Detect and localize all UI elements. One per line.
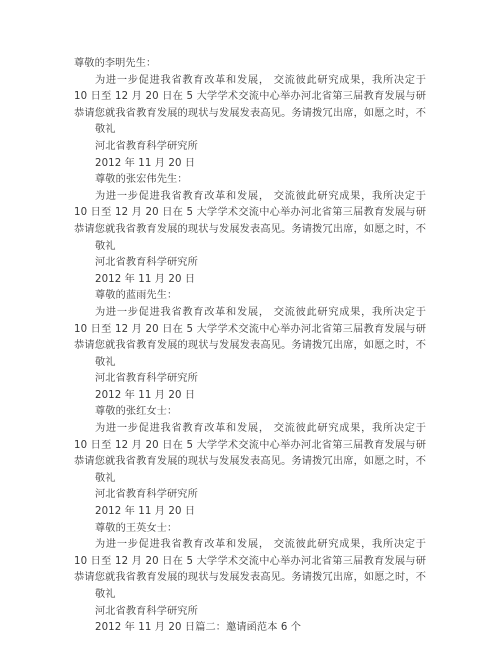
- salutation: 尊敬的张红女士：: [74, 404, 426, 421]
- body-line: 恭请您就我省教育发展的现状与发展发表高见。务请拨冗出席，如愿之时，不胜感谢！ 此…: [74, 106, 426, 123]
- sender: 河北省教育科学研究所: [74, 487, 426, 504]
- body-line: 为进一步促进我省教育改革和发展， 交流彼此研究成果，我所决定于 2012 年 1…: [74, 305, 426, 322]
- body-line: 10 日至 12 月 20 日在 5 大学学术交流中心举办河北省第三届教育发展与…: [74, 438, 426, 455]
- body-line: 10 日至 12 月 20 日在 5 大学学术交流中心举办河北省第三届教育发展与…: [74, 205, 426, 222]
- body-line: 恭请您就我省教育发展的现状与发展发表高见。务请拨冗出席，如愿之时，不胜感谢！ 此…: [74, 454, 426, 471]
- document-body: 尊敬的李明先生： 为进一步促进我省教育改革和发展， 交流彼此研究成果，我所决定于…: [74, 56, 426, 637]
- sender: 河北省教育科学研究所: [74, 371, 426, 388]
- body-line: 10 日至 12 月 20 日在 5 大学学术交流中心举办河北省第三届教育发展与…: [74, 322, 426, 339]
- invitation-letter: 尊敬的蓝雨先生： 为进一步促进我省教育改革和发展， 交流彼此研究成果，我所决定于…: [74, 288, 426, 404]
- body-line: 为进一步促进我省教育改革和发展， 交流彼此研究成果，我所决定于 2012 年 1…: [74, 189, 426, 206]
- date: 2012 年 11 月 20 日篇二：邀请函范本 6 个: [74, 620, 426, 637]
- date: 2012 年 11 月 20 日: [74, 388, 426, 405]
- closing: 敬礼: [74, 355, 426, 372]
- salutation: 尊敬的蓝雨先生：: [74, 288, 426, 305]
- date: 2012 年 11 月 20 日: [74, 272, 426, 289]
- invitation-letter: 尊敬的张宏伟先生： 为进一步促进我省教育改革和发展， 交流彼此研究成果，我所决定…: [74, 172, 426, 288]
- body-line: 10 日至 12 月 20 日在 5 大学学术交流中心举办河北省第三届教育发展与…: [74, 554, 426, 571]
- date: 2012 年 11 月 20 日: [74, 156, 426, 173]
- sender: 河北省教育科学研究所: [74, 255, 426, 272]
- closing: 敬礼: [74, 239, 426, 256]
- closing: 敬礼: [74, 587, 426, 604]
- body-line: 为进一步促进我省教育改革和发展， 交流彼此研究成果，我所决定于 2012 年 1…: [74, 421, 426, 438]
- body-line: 10 日至 12 月 20 日在 5 大学学术交流中心举办河北省第三届教育发展与…: [74, 89, 426, 106]
- date: 2012 年 11 月 20 日: [74, 504, 426, 521]
- invitation-letter: 尊敬的王英女士： 为进一步促进我省教育改革和发展， 交流彼此研究成果，我所决定于…: [74, 521, 426, 637]
- body-line: 为进一步促进我省教育改革和发展， 交流彼此研究成果，我所决定于 2012 年 1…: [74, 73, 426, 90]
- sender: 河北省教育科学研究所: [74, 139, 426, 156]
- body-line: 恭请您就我省教育发展的现状与发展发表高见。务请拨冗出席，如愿之时，不胜感谢！ 此…: [74, 222, 426, 239]
- closing: 敬礼: [74, 122, 426, 139]
- salutation: 尊敬的张宏伟先生：: [74, 172, 426, 189]
- body-line: 为进一步促进我省教育改革和发展， 交流彼此研究成果，我所决定于 2012 年 1…: [74, 537, 426, 554]
- salutation: 尊敬的王英女士：: [74, 521, 426, 538]
- invitation-letter: 尊敬的张红女士： 为进一步促进我省教育改革和发展， 交流彼此研究成果，我所决定于…: [74, 404, 426, 520]
- body-line: 恭请您就我省教育发展的现状与发展发表高见。务请拨冗出席，如愿之时，不胜感谢！ 此…: [74, 338, 426, 355]
- sender: 河北省教育科学研究所: [74, 604, 426, 621]
- salutation: 尊敬的李明先生：: [74, 56, 426, 73]
- body-line: 恭请您就我省教育发展的现状与发展发表高见。务请拨冗出席，如愿之时，不胜感谢！ 此…: [74, 570, 426, 587]
- invitation-letter: 尊敬的李明先生： 为进一步促进我省教育改革和发展， 交流彼此研究成果，我所决定于…: [74, 56, 426, 172]
- closing: 敬礼: [74, 471, 426, 488]
